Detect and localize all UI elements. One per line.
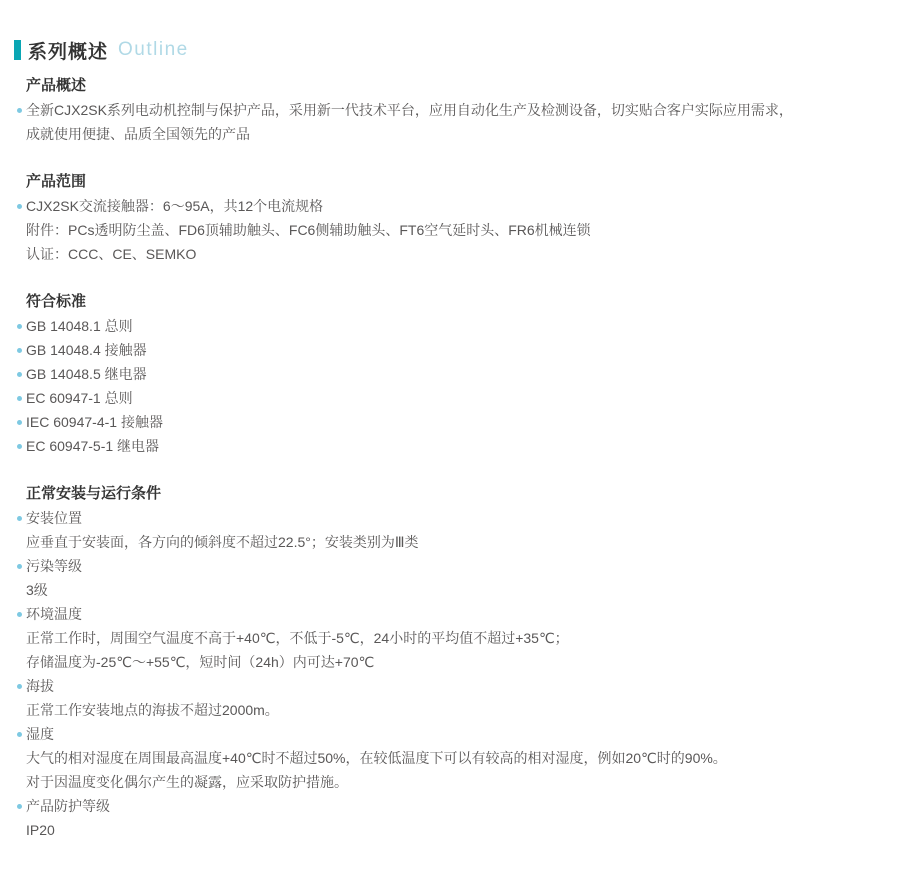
text-line: 附件：PCs透明防尘盖、FD6顶辅助触头、FC6侧辅助触头、FT6空气延时头、F…	[14, 218, 880, 242]
line-text: 正常工作安装地点的海拔不超过2000m。	[26, 702, 279, 718]
bullet-line: 产品防护等级	[14, 794, 880, 818]
line-text: 存储温度为-25℃～+55℃，短时间（24h）内可达+70℃	[26, 654, 374, 670]
line-text: EC 60947-5-1 继电器	[26, 438, 159, 454]
section-heading: 正常安装与运行条件	[14, 482, 880, 506]
section-heading: 符合标准	[14, 290, 880, 314]
line-text: EC 60947-1 总则	[26, 390, 133, 406]
bullet-line: EC 60947-1 总则	[14, 386, 880, 410]
page-header: 系列概述 Outline	[14, 39, 880, 61]
text-line: 对于因温度变化偶尔产生的凝露，应采取防护措施。	[14, 770, 880, 794]
bullet-dot-icon	[17, 612, 22, 617]
text-line: IP20	[14, 818, 880, 842]
section-product-overview: 产品概述 全新CJX2SK系列电动机控制与保护产品，采用新一代技术平台，应用自动…	[14, 74, 880, 146]
bullet-line: GB 14048.1 总则	[14, 314, 880, 338]
section-standards: 符合标准 GB 14048.1 总则 GB 14048.4 接触器 GB 140…	[14, 290, 880, 458]
bullet-dot-icon	[17, 204, 22, 209]
bullet-line: CJX2SK交流接触器：6～95A，共12个电流规格	[14, 194, 880, 218]
section-product-range: 产品范围 CJX2SK交流接触器：6～95A，共12个电流规格 附件：PCs透明…	[14, 170, 880, 266]
line-text: 应垂直于安装面，各方向的倾斜度不超过22.5°；安装类别为Ⅲ类	[26, 534, 419, 550]
line-text: 3级	[26, 582, 48, 598]
bullet-dot-icon	[17, 108, 22, 113]
bullet-line: 湿度	[14, 722, 880, 746]
accent-bar-icon	[14, 40, 21, 60]
page-title: 系列概述	[28, 37, 108, 64]
outline-page: 系列概述 Outline 产品概述 全新CJX2SK系列电动机控制与保护产品，采…	[0, 0, 900, 875]
bullet-dot-icon	[17, 516, 22, 521]
text-line: 存储温度为-25℃～+55℃，短时间（24h）内可达+70℃	[14, 650, 880, 674]
bullet-dot-icon	[17, 804, 22, 809]
bullet-line: 污染等级	[14, 554, 880, 578]
line-text: GB 14048.5 继电器	[26, 366, 147, 382]
bullet-line: 安装位置	[14, 506, 880, 530]
text-line: 正常工作时，周围空气温度不高于+40℃，不低于-5℃，24小时的平均值不超过+3…	[14, 626, 880, 650]
bullet-dot-icon	[17, 564, 22, 569]
line-text: 对于因温度变化偶尔产生的凝露，应采取防护措施。	[26, 774, 348, 790]
line-text: 环境温度	[26, 606, 82, 622]
bullet-dot-icon	[17, 396, 22, 401]
line-text: IEC 60947-4-1 接触器	[26, 414, 163, 430]
section-heading: 产品范围	[14, 170, 880, 194]
line-text: IP20	[26, 822, 55, 838]
bullet-dot-icon	[17, 732, 22, 737]
bullet-line: EC 60947-5-1 继电器	[14, 434, 880, 458]
text-line: 应垂直于安装面，各方向的倾斜度不超过22.5°；安装类别为Ⅲ类	[14, 530, 880, 554]
text-line: 3级	[14, 578, 880, 602]
bullet-line: GB 14048.5 继电器	[14, 362, 880, 386]
bullet-dot-icon	[17, 324, 22, 329]
line-text: 附件：PCs透明防尘盖、FD6顶辅助触头、FC6侧辅助触头、FT6空气延时头、F…	[26, 222, 591, 238]
bullet-dot-icon	[17, 372, 22, 377]
text-line: 正常工作安装地点的海拔不超过2000m。	[14, 698, 880, 722]
line-text: GB 14048.4 接触器	[26, 342, 147, 358]
bullet-line: 海拔	[14, 674, 880, 698]
line-text: 产品防护等级	[26, 798, 110, 814]
line-text: 海拔	[26, 678, 54, 694]
line-text: 正常工作时，周围空气温度不高于+40℃，不低于-5℃，24小时的平均值不超过+3…	[26, 630, 569, 646]
section-heading: 产品概述	[14, 74, 880, 98]
line-text: 大气的相对湿度在周围最高温度+40℃时不超过50%，在较低温度下可以有较高的相对…	[26, 750, 727, 766]
line-text: 安装位置	[26, 510, 82, 526]
text-line: 成就使用便捷、品质全国领先的产品	[14, 122, 880, 146]
line-text: 全新CJX2SK系列电动机控制与保护产品，采用新一代技术平台，应用自动化生产及检…	[26, 102, 793, 118]
bullet-dot-icon	[17, 444, 22, 449]
bullet-line: 全新CJX2SK系列电动机控制与保护产品，采用新一代技术平台，应用自动化生产及检…	[14, 98, 880, 122]
bullet-line: 环境温度	[14, 602, 880, 626]
line-text: 湿度	[26, 726, 54, 742]
bullet-line: GB 14048.4 接触器	[14, 338, 880, 362]
bullet-dot-icon	[17, 684, 22, 689]
bullet-dot-icon	[17, 348, 22, 353]
bullet-line: IEC 60947-4-1 接触器	[14, 410, 880, 434]
line-text: CJX2SK交流接触器：6～95A，共12个电流规格	[26, 198, 323, 214]
line-text: GB 14048.1 总则	[26, 318, 133, 334]
line-text: 认证：CCC、CE、SEMKO	[26, 246, 196, 262]
text-line: 认证：CCC、CE、SEMKO	[14, 242, 880, 266]
text-line: 大气的相对湿度在周围最高温度+40℃时不超过50%，在较低温度下可以有较高的相对…	[14, 746, 880, 770]
line-text: 成就使用便捷、品质全国领先的产品	[26, 126, 250, 142]
page-subtitle: Outline	[118, 39, 189, 61]
bullet-dot-icon	[17, 420, 22, 425]
line-text: 污染等级	[26, 558, 82, 574]
section-install-conditions: 正常安装与运行条件 安装位置 应垂直于安装面，各方向的倾斜度不超过22.5°；安…	[14, 482, 880, 842]
